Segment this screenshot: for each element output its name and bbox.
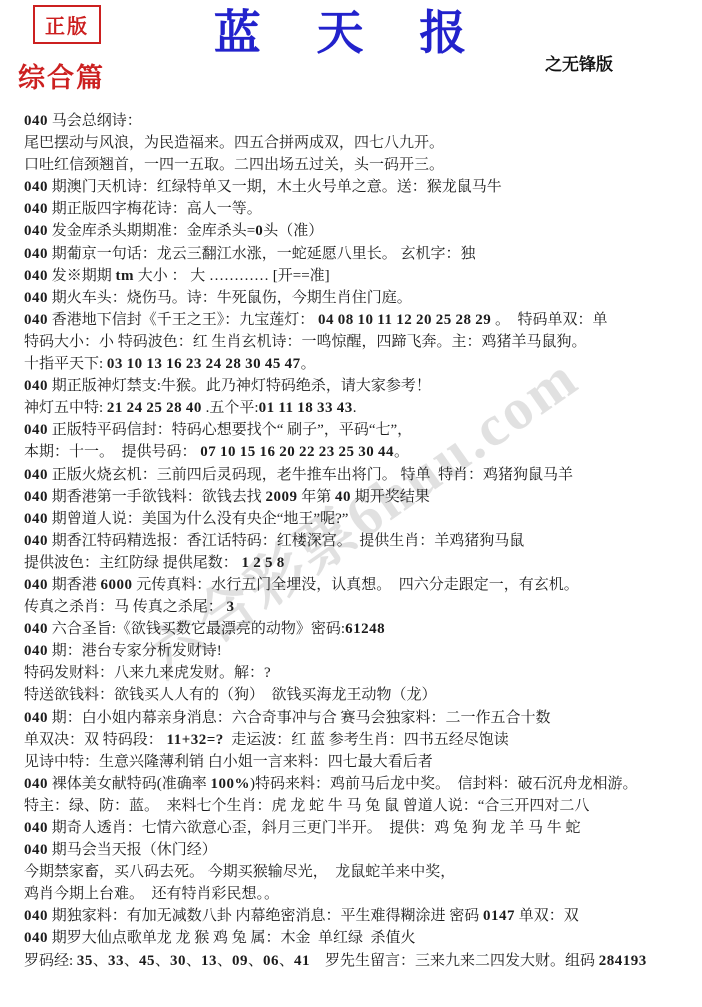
text-line: 040 期正版神灯禁支:牛猴。此乃神灯特码绝杀，请大家参考！ [24,375,694,397]
text-line: 本期：十一。 提供号码： 07 10 15 16 20 22 23 25 30 … [24,441,694,463]
text-line: 040 发金库杀头期期准：金库杀头=0头（准） [24,220,694,242]
text-line: 040 期：白小姐内幕亲身消息：六合奇事冲与合 赛马会独家料：二一作五合十数 [24,707,694,729]
content-lines: 040 马会总纲诗：尾巴摆动与风浪，为民造福来。四五合拼两成双，四七八九开。口吐… [24,110,694,972]
text-line: 提供波色：主红防绿 提供尾数： 1 2 5 8 [24,552,694,574]
text-line: 040 期曾道人说：美国为什么没有央企“地王”呢?” [24,508,694,530]
text-line: 尾巴摆动与风浪，为民造福来。四五合拼两成双，四七八九开。 [24,132,694,154]
text-line: 今期禁家畜，买八码去死。 今期买猴输尽光， 龙鼠蛇羊来中奖， [24,861,694,883]
text-line: 040 期：港台专家分析发财诗! [24,640,694,662]
text-line: 040 期葡京一句话：龙云三翻江水涨，一蛇延愿八里长。 玄机字：独 [24,243,694,265]
text-line: 040 发※期期 tm 大小 ： 大 ………… [开==准] [24,265,694,287]
newspaper-page: 正版 蓝 天 报 之无锋版 综合篇 六合彩票6huu.com 040 马会总纲诗… [0,0,702,1007]
text-line: 口吐红信颈翘首，一四一五取。二四出场五过关，头一码开三。 [24,154,694,176]
text-line: 特码发财料：八来九来虎发财。解：? [24,662,694,684]
text-line: 十指平天下: 03 10 13 16 23 24 28 30 45 47。 [24,353,694,375]
text-line: 040 期马会当天报（休门经） [24,839,694,861]
text-line: 特主：绿、防：蓝。 来料七个生肖：虎 龙 蛇 牛 马 兔 鼠 曾道人说：“合三开… [24,795,694,817]
text-line: 特码大小：小 特码波色：红 生肖玄机诗：一鸣惊醒，四蹄飞奔。主：鸡猪羊马鼠狗。 [24,331,694,353]
text-line: 040 正版特平码信封：特码心想要找个“ 刷子”，平码“七”， [24,419,694,441]
text-line: 040 期独家料：有加无减数八卦 内幕绝密消息：平生难得糊涂进 密码 0147 … [24,905,694,927]
text-line: 040 期奇人透肖：七情六欲意心歪，斜月三更门半开。 提供：鸡 兔 狗 龙 羊 … [24,817,694,839]
text-line: 神灯五中特: 21 24 25 28 40 .五个平:01 11 18 33 4… [24,397,694,419]
text-line: 特送欲钱料：欲钱买人人有的（狗） 欲钱买海龙王动物（龙） [24,684,694,706]
text-line: 040 香港地下信封《千王之王》：九宝莲灯： 04 08 10 11 12 20… [24,309,694,331]
text-line: 040 马会总纲诗： [24,110,694,132]
text-line: 罗码经: 35、33、45、30、13、09、06、41 罗先生留言：三来九来二… [24,950,694,972]
text-line: 040 期火车头：烧伤马。诗：牛死鼠伤，今期生肖住门庭。 [24,287,694,309]
text-line: 040 期澳门天机诗：红绿特单又一期，木土火号单之意。送：猴龙鼠马牛 [24,176,694,198]
text-line: 040 期香江特码精选报：香江话特码：红楼深宫。 提供生肖：羊鸡猪狗马鼠 [24,530,694,552]
text-line: 040 期罗大仙点歌单龙 龙 猴 鸡 兔 属：木金 单红绿 杀值火 [24,927,694,949]
edition-label: 之无锋版 [545,50,613,75]
text-line: 040 裸体美女献特码(准确率 100%)特码来料：鸡前马后龙中奖。 信封料：破… [24,773,694,795]
text-line: 040 期香港第一手欲钱料：欲钱去找 2009 年第 40 期开奖结果 [24,486,694,508]
text-line: 鸡肖今期上台难。 还有特肖彩民想。。 [24,883,694,905]
text-line: 040 期正版四字梅花诗：高人一等。 [24,198,694,220]
text-line: 单双决：双 特码段： 11+32=? 走运波：红 蓝 参考生肖：四书五经尽饱读 [24,729,694,751]
text-line: 传真之杀肖：马 传真之杀尾： 3 [24,596,694,618]
text-line: 见诗中特：生意兴隆薄利销 白小姐一言来料：四七最大看后者 [24,751,694,773]
text-line: 040 期香港 6000 元传真料：水行五门全埋没，认真想。 四六分走跟定一，有… [24,574,694,596]
text-line: 040 正版火烧玄机：三前四后灵码现，老牛推车出将门。 特单 特肖：鸡猪狗鼠马羊 [24,464,694,486]
text-line: 040 六合圣旨:《欲钱买数它最漂亮的动物》密码:61248 [24,618,694,640]
section-title: 综合篇 [18,56,105,95]
